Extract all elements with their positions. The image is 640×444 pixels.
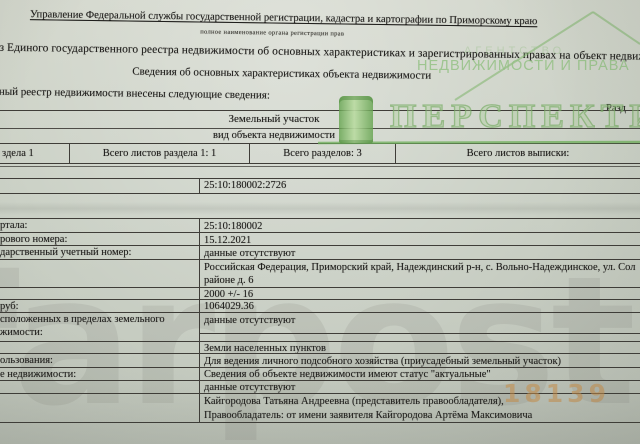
sheet-cell: здела 1 (0, 144, 70, 163)
row-value: данные отсутствуют (200, 381, 640, 393)
table-row: руб: 1064029.36 (0, 300, 640, 313)
row-label (0, 179, 200, 193)
row-value: данные отсутствуют (200, 313, 640, 341)
row-label: руб: (0, 300, 200, 312)
row-value: 15.12.2021 (200, 233, 640, 245)
sheet-cell: Всего разделов: 3 (250, 144, 396, 163)
table-row: ртала: 25:10:180002 (0, 219, 640, 233)
section-title: Сведения об основных характеристиках объ… (0, 64, 564, 84)
sheet-cell: Всего листов раздела 1: 1 (70, 144, 250, 163)
table-row: сположенных в пределах земельного жимост… (0, 313, 640, 342)
details-table: ртала: 25:10:180002 рового номера: 15.12… (0, 218, 640, 423)
table-row: Земли населенных пунктов (0, 342, 640, 354)
table-row: ользования: Для ведения личного подсобно… (0, 354, 640, 368)
row-value: Земли населенных пунктов (200, 342, 640, 353)
object-type-table: Земельный участок вид объекта недвижимос… (0, 110, 640, 164)
table-row: данные отсутствуют (0, 381, 640, 394)
row-value: данные отсутствуют (200, 246, 640, 259)
row-label (0, 394, 200, 422)
paper-fold-shadow (0, 202, 640, 215)
address-line-2: районе д. 6 (204, 274, 640, 287)
registration-authority-title: Управление Федеральной службы государств… (30, 9, 537, 27)
document-header: Управление Федеральной службы государств… (0, 0, 640, 9)
object-type-value: Земельный участок (0, 113, 548, 125)
sheets-row: здела 1 Всего листов раздела 1: 1 Всего … (0, 143, 640, 164)
rightholder-name: Правообладатель: от имени заявителя Кайг… (204, 409, 640, 423)
table-line (0, 128, 640, 129)
rightholder-representative: Кайгородова Татьяна Андреевна (представи… (204, 395, 640, 409)
row-value: Для ведения личного подсобного хозяйства… (200, 354, 640, 367)
authority-caption: полное наименование органа регистрации п… (0, 26, 545, 41)
table-row: 2000 +/- 16 (0, 288, 640, 300)
row-label-line-1: сположенных в пределах земельного (0, 314, 199, 327)
row-value: 25:10:180002 (200, 219, 640, 232)
cadastral-number-row: 25:10:180002:2726 (0, 178, 640, 194)
row-value: Кайгородова Татьяна Андреевна (представи… (200, 394, 640, 422)
row-label: ользования: (0, 354, 200, 367)
row-value: 1064029.36 (200, 300, 640, 312)
row-label (0, 260, 200, 287)
egrn-extract-photo: farpost.ru Управление Федеральной службы… (0, 0, 640, 444)
object-type-caption: вид объекта недвижимости (0, 130, 548, 141)
row-label (0, 342, 200, 353)
table-row: Российская Федерация, Приморский край, Н… (0, 260, 640, 288)
row-label (0, 381, 200, 393)
row-label: рового номера: (0, 233, 200, 245)
table-row: дарственный учетный номер: данные отсутс… (0, 246, 640, 260)
cadastral-number-value: 25:10:180002:2726 (200, 179, 640, 193)
table-row: рового номера: 15.12.2021 (0, 233, 640, 246)
row-value: 2000 +/- 16 (200, 288, 640, 299)
row-value-text: данные отсутствуют (200, 314, 640, 334)
table-row: е недвижимости: Сведения об объекте недв… (0, 368, 640, 381)
table-row: Кайгородова Татьяна Андреевна (представи… (0, 394, 640, 423)
address-line-1: Российская Федерация, Приморский край, Н… (204, 261, 640, 274)
sheet-cell: Всего листов выписки: (396, 144, 640, 163)
table-line (0, 166, 640, 167)
row-label-line-2: жимости: (0, 327, 199, 340)
row-label: сположенных в пределах земельного жимост… (0, 313, 200, 341)
row-value: Сведения об объекте недвижимости имеют с… (200, 368, 640, 380)
row-label: ртала: (0, 219, 200, 232)
intro-line: ный реестр недвижимости внесены следующи… (0, 86, 270, 102)
row-label: е недвижимости: (0, 368, 200, 380)
row-label: дарственный учетный номер: (0, 246, 200, 259)
extract-title-line: з Единого государственного реестра недви… (0, 42, 640, 64)
row-value: Российская Федерация, Приморский край, Н… (200, 260, 640, 287)
row-label (0, 288, 200, 299)
